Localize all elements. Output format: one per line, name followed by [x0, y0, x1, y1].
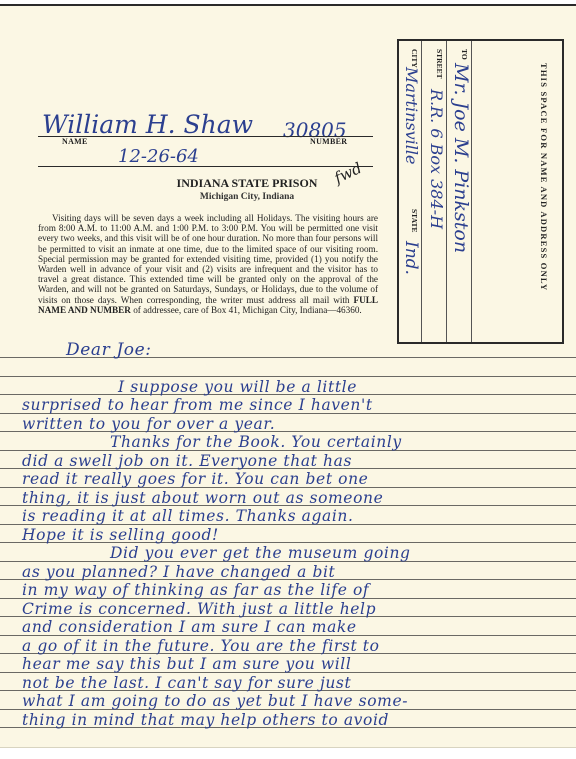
ruled-line [0, 376, 576, 377]
street-label: STREET [435, 49, 444, 79]
inmate-name: William H. Shaw [42, 110, 253, 139]
city-value: Martinsville [402, 67, 421, 165]
city-label: CITY [410, 49, 419, 68]
letter-line: read it really goes for it. You can bet … [22, 470, 368, 488]
letter-line: what I am going to do as yet but I have … [22, 692, 408, 710]
letter-line: is reading it at all times. Thanks again… [22, 507, 354, 525]
to-label: TO [460, 49, 469, 60]
street-value: R.R. 6 Box 384-H [427, 89, 446, 229]
date-rule [38, 166, 373, 167]
letter-line: did a swell job on it. Everyone that has [22, 452, 352, 470]
letter-line: not be the last. I can't say for sure ju… [22, 674, 351, 692]
address-box: THIS SPACE FOR NAME AND ADDRESS ONLY TO … [397, 39, 564, 344]
state-value: Ind. [401, 241, 421, 275]
letter-line: Did you ever get the museum going [110, 544, 411, 562]
address-caption: THIS SPACE FOR NAME AND ADDRESS ONLY [539, 63, 549, 291]
letter-line: Crime is concerned. With just a little h… [22, 600, 376, 618]
letter-line: as you planned? I have changed a bit [22, 563, 335, 581]
letter-line: Thanks for the Book. You certainly [110, 433, 402, 451]
letter-line: Dear Joe: [66, 340, 152, 360]
state-label: STATE [410, 209, 419, 232]
letter-line: I suppose you will be a little [118, 378, 357, 396]
name-label: NAME [62, 137, 88, 146]
letter-date: 12-26-64 [118, 146, 199, 167]
to-value: Mr. Joe M. Pinkston [450, 63, 472, 253]
letter-line: written to you for over a year. [22, 415, 275, 433]
institution-location: Michigan City, Indiana [132, 192, 362, 202]
letter-line: a go of it in the future. You are the fi… [22, 637, 380, 655]
letter-line: hear me say this but I am sure you will [22, 655, 351, 673]
letter-line: surprised to hear from me since I haven'… [22, 396, 373, 414]
number-label: NUMBER [310, 137, 347, 146]
visiting-rules: Visiting days will be seven days a week … [38, 213, 378, 315]
letter-line: and consideration I am sure I can make [22, 618, 357, 636]
letter-line: thing, it is just about worn out as some… [22, 489, 383, 507]
letter-line: in my way of thinking as far as the life… [22, 581, 369, 599]
letter-line: Hope it is selling good! [22, 526, 219, 544]
letter-sheet: William H. Shaw 30805 NAME NUMBER 12-26-… [0, 4, 576, 748]
institution-name: INDIANA STATE PRISON [132, 176, 362, 191]
letter-line: thing in mind that may help others to av… [22, 711, 389, 729]
